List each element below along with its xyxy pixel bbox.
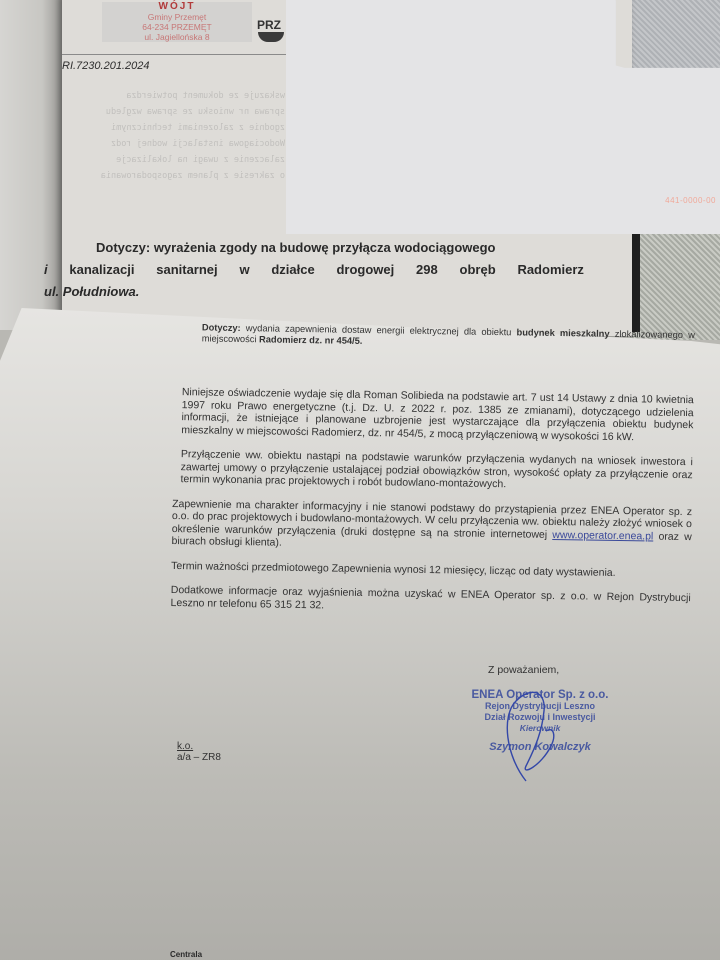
closing-salutation: Z poważaniem, [488, 664, 559, 676]
envelope-code: 441-0000-00 [665, 196, 716, 205]
subject-label: Dotyczy: [96, 240, 150, 255]
subject-word: drogowej [336, 259, 394, 281]
show-through-text: wskazuje ze dokument potwierdza sprawa n… [70, 88, 285, 184]
paragraph-informational: Zapewnienie ma charakter informacyjny i … [171, 497, 692, 555]
subject-word: obręb [460, 259, 496, 281]
subject-word: sanitarnej [156, 259, 217, 281]
distribution-line: a/a – ZR8 [177, 752, 221, 763]
subject-word: i [44, 259, 48, 281]
stamp-title: WÓJT [102, 2, 252, 12]
stamp-line: Gminy Przemęt [102, 12, 252, 22]
background-tablecloth [630, 230, 720, 340]
stamp-line: 64-234 PRZEMĘT [102, 22, 252, 32]
subject-word: działce [271, 259, 314, 281]
subject-line: ikanalizacjisanitarnejwdziałcedrogowej29… [44, 259, 584, 281]
enea-letter-body: Dotyczy: wydania zapewnienia dostaw ener… [170, 322, 695, 629]
paragraph-connection: Przyłączenie ww. obiektu nastąpi na pods… [180, 448, 693, 494]
handwritten-signature-icon [496, 686, 566, 786]
municipality-logo-text: PRZ [257, 18, 281, 32]
subject-word: kanalizacji [69, 259, 134, 281]
operator-website-link[interactable]: www.operator.enea.pl [552, 528, 653, 542]
municipality-subject: Dotyczy: wyrażenia zgody na budowę przył… [44, 237, 584, 303]
wojt-stamp: WÓJT Gminy Przemęt 64-234 PRZEMĘT ul. Ja… [102, 2, 252, 42]
subject-object: budynek mieszkalny [517, 327, 610, 338]
subject-word: Radomierz [517, 259, 583, 281]
paragraph-statement: Niniejsze oświadczenie wydaje się dla Ro… [181, 386, 694, 444]
subject-line: wyrażenia zgody na budowę przyłącza wodo… [154, 240, 496, 255]
divider [62, 54, 292, 55]
subject-label: Dotyczy: [202, 322, 241, 333]
paragraph-validity: Termin ważności przedmiotowego Zapewnien… [171, 559, 691, 580]
stamp-line: ul. Jagiellońska 8 [102, 32, 252, 42]
subject-line: ul. Południowa. [44, 281, 584, 303]
reference-number: RI.7230.201.2024 [62, 60, 149, 72]
footer-text: Centrala [170, 950, 202, 959]
distribution-line: k.o. [177, 741, 221, 752]
subject-word: 298 [416, 259, 438, 281]
distribution-note: k.o. a/a – ZR8 [177, 741, 221, 763]
handshake-logo-icon [258, 32, 284, 42]
paragraph-contact: Dodatkowe informacje oraz wyjaśnienia mo… [170, 584, 690, 617]
subject-location: Radomierz dz. nr 454/5. [259, 334, 362, 346]
subject-word: w [239, 259, 249, 281]
